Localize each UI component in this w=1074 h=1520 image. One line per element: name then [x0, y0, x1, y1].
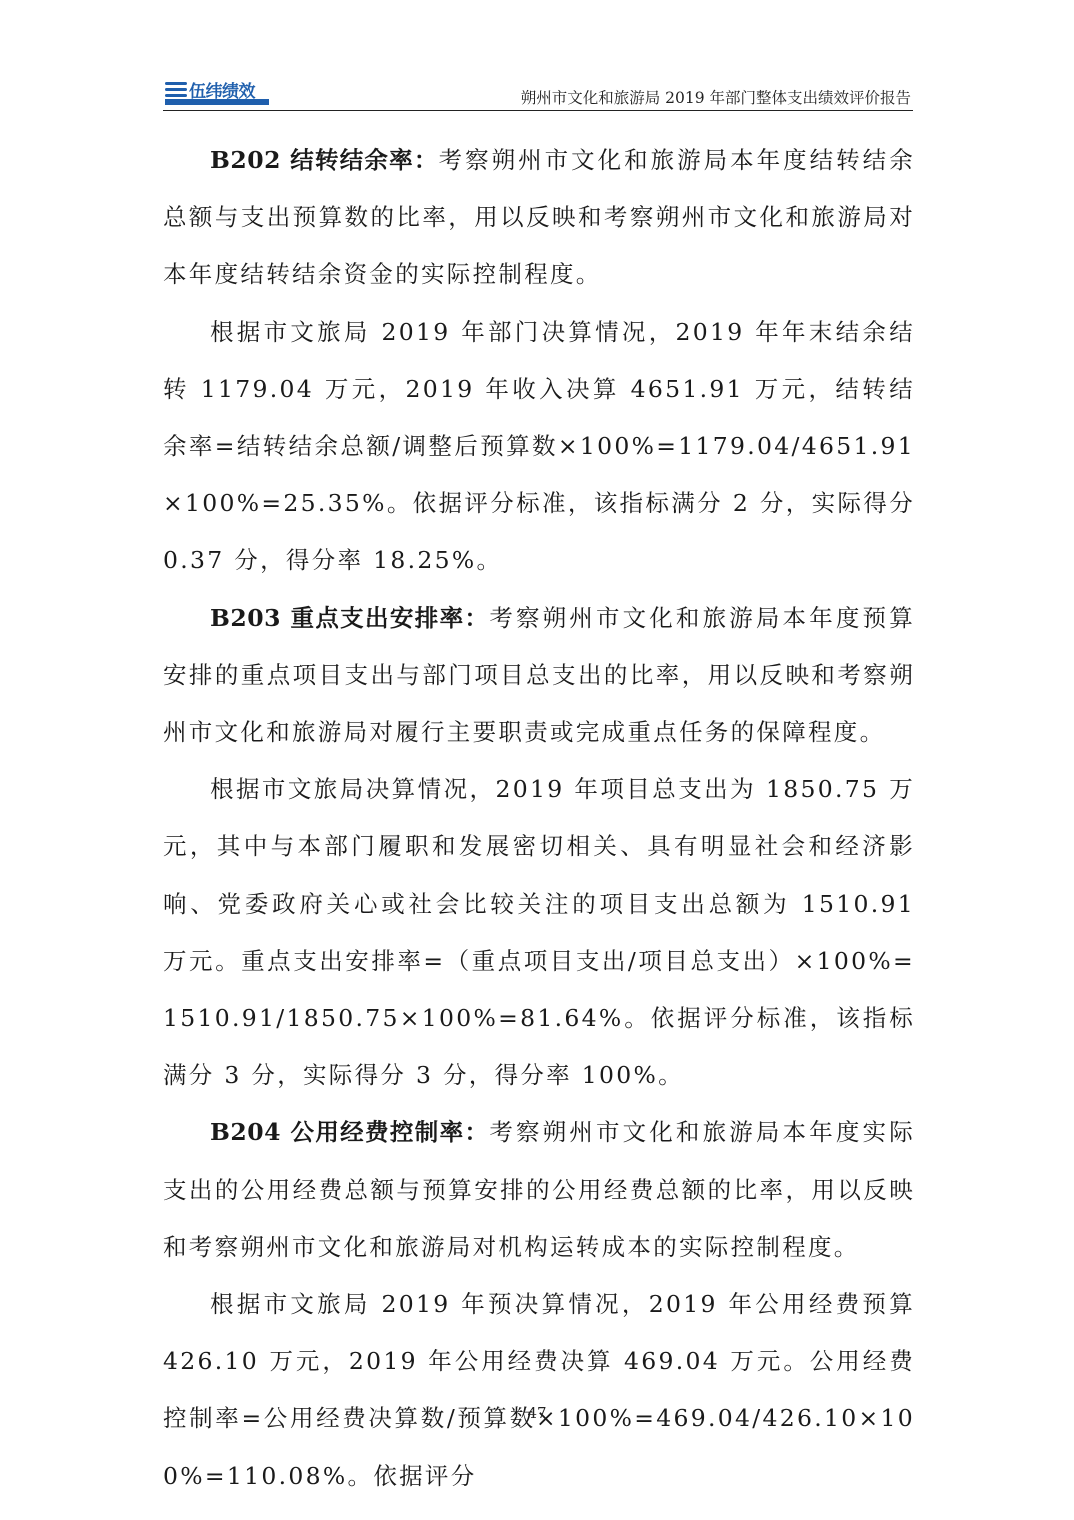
section-b204-analysis: 根据市文旅局 2019 年预决算情况，2019 年公用经费预算 426.10 万… [163, 1276, 915, 1505]
company-logo: 伍纬绩效 [165, 78, 269, 106]
section-b204-definition: B204 公用经费控制率：考察朔州市文化和旅游局本年度实际支出的公用经费总额与预… [163, 1104, 915, 1276]
section-b202-definition: B202 结转结余率：考察朔州市文化和旅游局本年度结转结余总额与支出预算数的比率… [163, 132, 915, 304]
report-title: 朔州市文化和旅游局 2019 年部门整体支出绩效评价报告 [521, 86, 911, 108]
section-b203-definition: B203 重点支出安排率：考察朔州市文化和旅游局本年度预算安排的重点项目支出与部… [163, 590, 915, 762]
page-header: 伍纬绩效 朔州市文化和旅游局 2019 年部门整体支出绩效评价报告 [163, 76, 913, 111]
section-term: B202 结转结余率： [210, 146, 439, 174]
document-body: B202 结转结余率：考察朔州市文化和旅游局本年度结转结余总额与支出预算数的比率… [163, 132, 915, 1505]
logo-bar [165, 99, 269, 105]
section-term: B203 重点支出安排率： [210, 604, 489, 632]
section-b203-analysis: 根据市文旅局决算情况，2019 年项目总支出为 1850.75 万元，其中与本部… [163, 761, 915, 1104]
section-term: B204 公用经费控制率： [210, 1118, 489, 1146]
logo-wave-icon [165, 82, 187, 98]
page-number: 47 [0, 1404, 1074, 1422]
section-b202-analysis: 根据市文旅局 2019 年部门决算情况，2019 年年末结余结转 1179.04… [163, 304, 915, 590]
